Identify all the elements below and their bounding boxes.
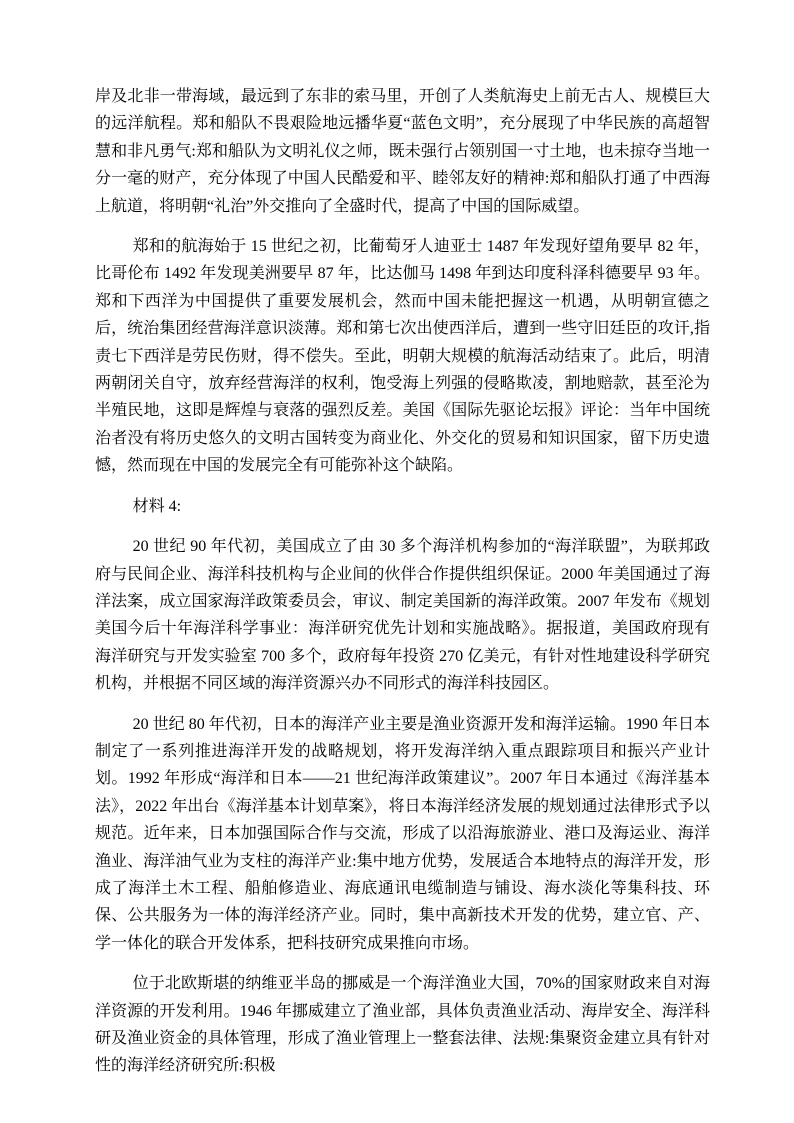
paragraph-usa-ocean-policy: 20 世纪 90 年代初，美国成立了由 30 多个海洋机构参加的“海洋联盟”，为… xyxy=(95,533,710,697)
material-4-heading: 材料 4: xyxy=(95,493,710,520)
paragraph-zhenghe-voyage-achievements: 岸及北非一带海域，最远到了东非的索马里，开创了人类航海史上前无古人、规模巨大的远… xyxy=(95,83,710,220)
document-page: 岸及北非一带海域，最远到了东非的索马里，开创了人类航海史上前无古人、规模巨大的远… xyxy=(0,0,794,1123)
paragraph-japan-ocean-industry: 20 世纪 80 年代初，日本的海洋产业主要是渔业资源开发和海洋运输。1990 … xyxy=(95,711,710,958)
paragraph-zhenghe-history-comparison: 郑和的航海始于 15 世纪之初，比葡萄牙人迪亚士 1487 年发现好望角要早 8… xyxy=(95,233,710,480)
paragraph-norway-fishery: 位于北欧斯堪的纳维亚半岛的挪威是一个海洋渔业大国，70%的国家财政来自对海洋资源… xyxy=(95,970,710,1080)
